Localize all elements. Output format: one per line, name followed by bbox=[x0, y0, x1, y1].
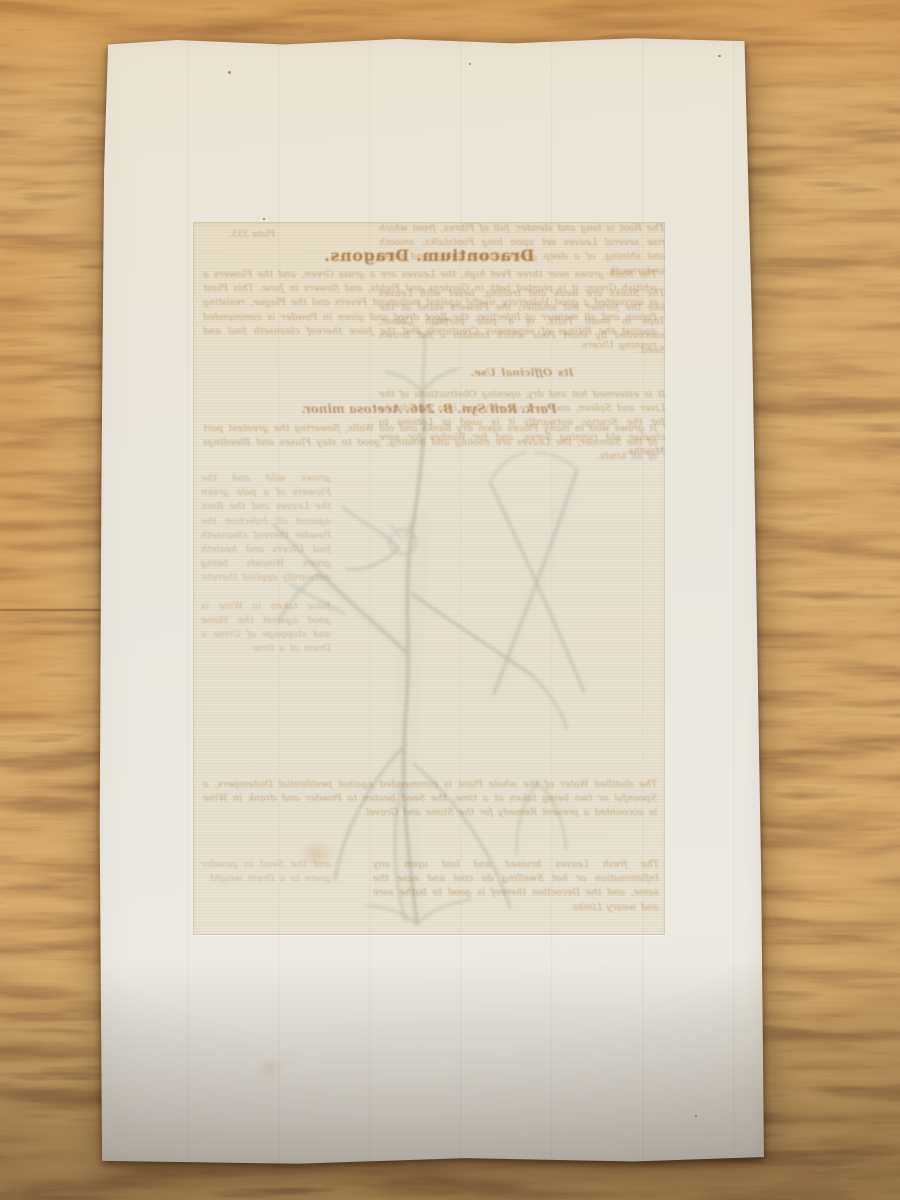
bleed-title: Dracontium. Dragons. bbox=[193, 246, 665, 265]
foxing-speck bbox=[469, 63, 471, 65]
bleed-paragraph-bottom: The distilled Water of the whole Plant i… bbox=[203, 778, 657, 821]
photo-scene: Plate 335. Dracontium. Dragons. The Stal… bbox=[0, 0, 900, 1200]
wood-left-highlight bbox=[0, 240, 110, 720]
foxing-speck bbox=[695, 1115, 697, 1117]
paper-sheet-verso: Plate 335. Dracontium. Dragons. The Stal… bbox=[96, 36, 768, 1166]
bleed-use-heading: Its Officinal Use. bbox=[379, 366, 665, 380]
stain-blotch bbox=[299, 839, 335, 869]
stain-blotch bbox=[256, 1056, 284, 1080]
foxing-speck bbox=[228, 71, 231, 74]
bleed-paragraph-two: It grows wild in many Places upon dry Ba… bbox=[203, 422, 657, 465]
bleed-fragment: Juice taken in Wine is good against the … bbox=[201, 600, 331, 657]
paper-shadow-wrap: Plate 335. Dracontium. Dragons. The Stal… bbox=[96, 36, 768, 1166]
foxing-speck bbox=[718, 55, 721, 57]
plate-impression-area: Plate 335. Dracontium. Dragons. The Stal… bbox=[193, 222, 665, 935]
bleed-synonymy-heading: Park. Raii Syn. B. 246. Acetosa minor. bbox=[193, 402, 665, 416]
bleed-paragraph-top: The Stalk grows near three Feet high, th… bbox=[203, 268, 657, 353]
bleed-fragment: grows wild and the Flowers of a pale gre… bbox=[201, 472, 331, 586]
bleed-column-lower: The fresh Leaves bruised and laid upon a… bbox=[373, 858, 659, 915]
plate-number-label: Plate 335. bbox=[229, 230, 275, 240]
bleed-text-layer: Plate 335. Dracontium. Dragons. The Stal… bbox=[193, 222, 665, 935]
bleed-fragments-left: grows wild and the Flowers of a pale gre… bbox=[201, 472, 331, 670]
wood-plank-seam bbox=[0, 609, 103, 611]
foxing-speck bbox=[263, 218, 265, 220]
